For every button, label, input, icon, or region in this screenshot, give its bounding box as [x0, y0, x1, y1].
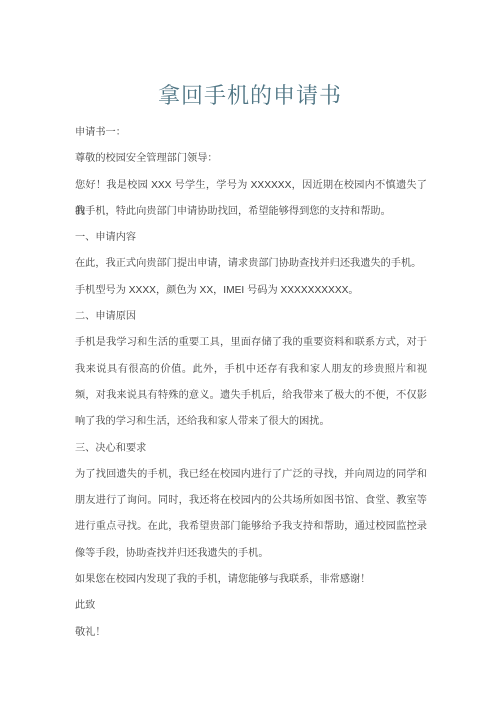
text-line-intro-2: 的手机，特此向贵部门申请协助找回，希望能够得到您的支持和帮助。: [75, 199, 427, 225]
text-line-closing: 此致: [75, 593, 427, 619]
text-line-salutation-label: 申请书一：: [75, 120, 427, 146]
text-line-intro-1: 您好！我是校园 XXX 号学生，学号为 XXXXXX，因近期在校园内不慎遗失了我: [75, 173, 427, 199]
text-line-resolve-2: 朋友进行了询问。同时，我还将在校园内的公共场所如图书馆、食堂、教室等: [75, 488, 427, 514]
text-line-request: 在此，我正式向贵部门提出申请，请求贵部门协助查找并归还我遗失的手机。: [75, 251, 427, 277]
text-line-salute: 敬礼！: [75, 620, 427, 646]
document-body: 申请书一： 尊敬的校园安全管理部门领导： 您好！我是校园 XXX 号学生，学号为…: [75, 120, 427, 646]
text-line-reason-2: 我来说具有很高的价值。此外，手机中还存有我和家人朋友的珍贵照片和视: [75, 357, 427, 383]
text-line-reason-3: 频，对我来说具有特殊的意义。遗失手机后，给我带来了极大的不便，不仅影: [75, 383, 427, 409]
document-page: 拿回手机的申请书 申请书一： 尊敬的校园安全管理部门领导： 您好！我是校园 XX…: [0, 0, 500, 707]
section-heading-1: 一、申请内容: [75, 225, 427, 251]
text-line-phone-details: 手机型号为 XXXX，颜色为 XX，IMEI 号码为 XXXXXXXXXX。: [75, 278, 427, 304]
document-title: 拿回手机的申请书: [0, 0, 500, 110]
text-line-contact: 如果您在校园内发现了我的手机，请您能够与我联系，非常感谢！: [75, 567, 427, 593]
text-line-reason-1: 手机是我学习和生活的重要工具，里面存储了我的重要资料和联系方式，对于: [75, 330, 427, 356]
text-line-resolve-1: 为了找回遗失的手机，我已经在校园内进行了广泛的寻找，并向周边的同学和: [75, 462, 427, 488]
text-line-reason-4: 响了我的学习和生活，还给我和家人带来了很大的困扰。: [75, 409, 427, 435]
text-line-resolve-3: 进行重点寻找。在此，我希望贵部门能够给予我支持和帮助，通过校园监控录: [75, 514, 427, 540]
text-line-addressee: 尊敬的校园安全管理部门领导：: [75, 146, 427, 172]
text-line-resolve-4: 像等手段，协助查找并归还我遗失的手机。: [75, 541, 427, 567]
section-heading-2: 二、申请原因: [75, 304, 427, 330]
section-heading-3: 三、决心和要求: [75, 436, 427, 462]
